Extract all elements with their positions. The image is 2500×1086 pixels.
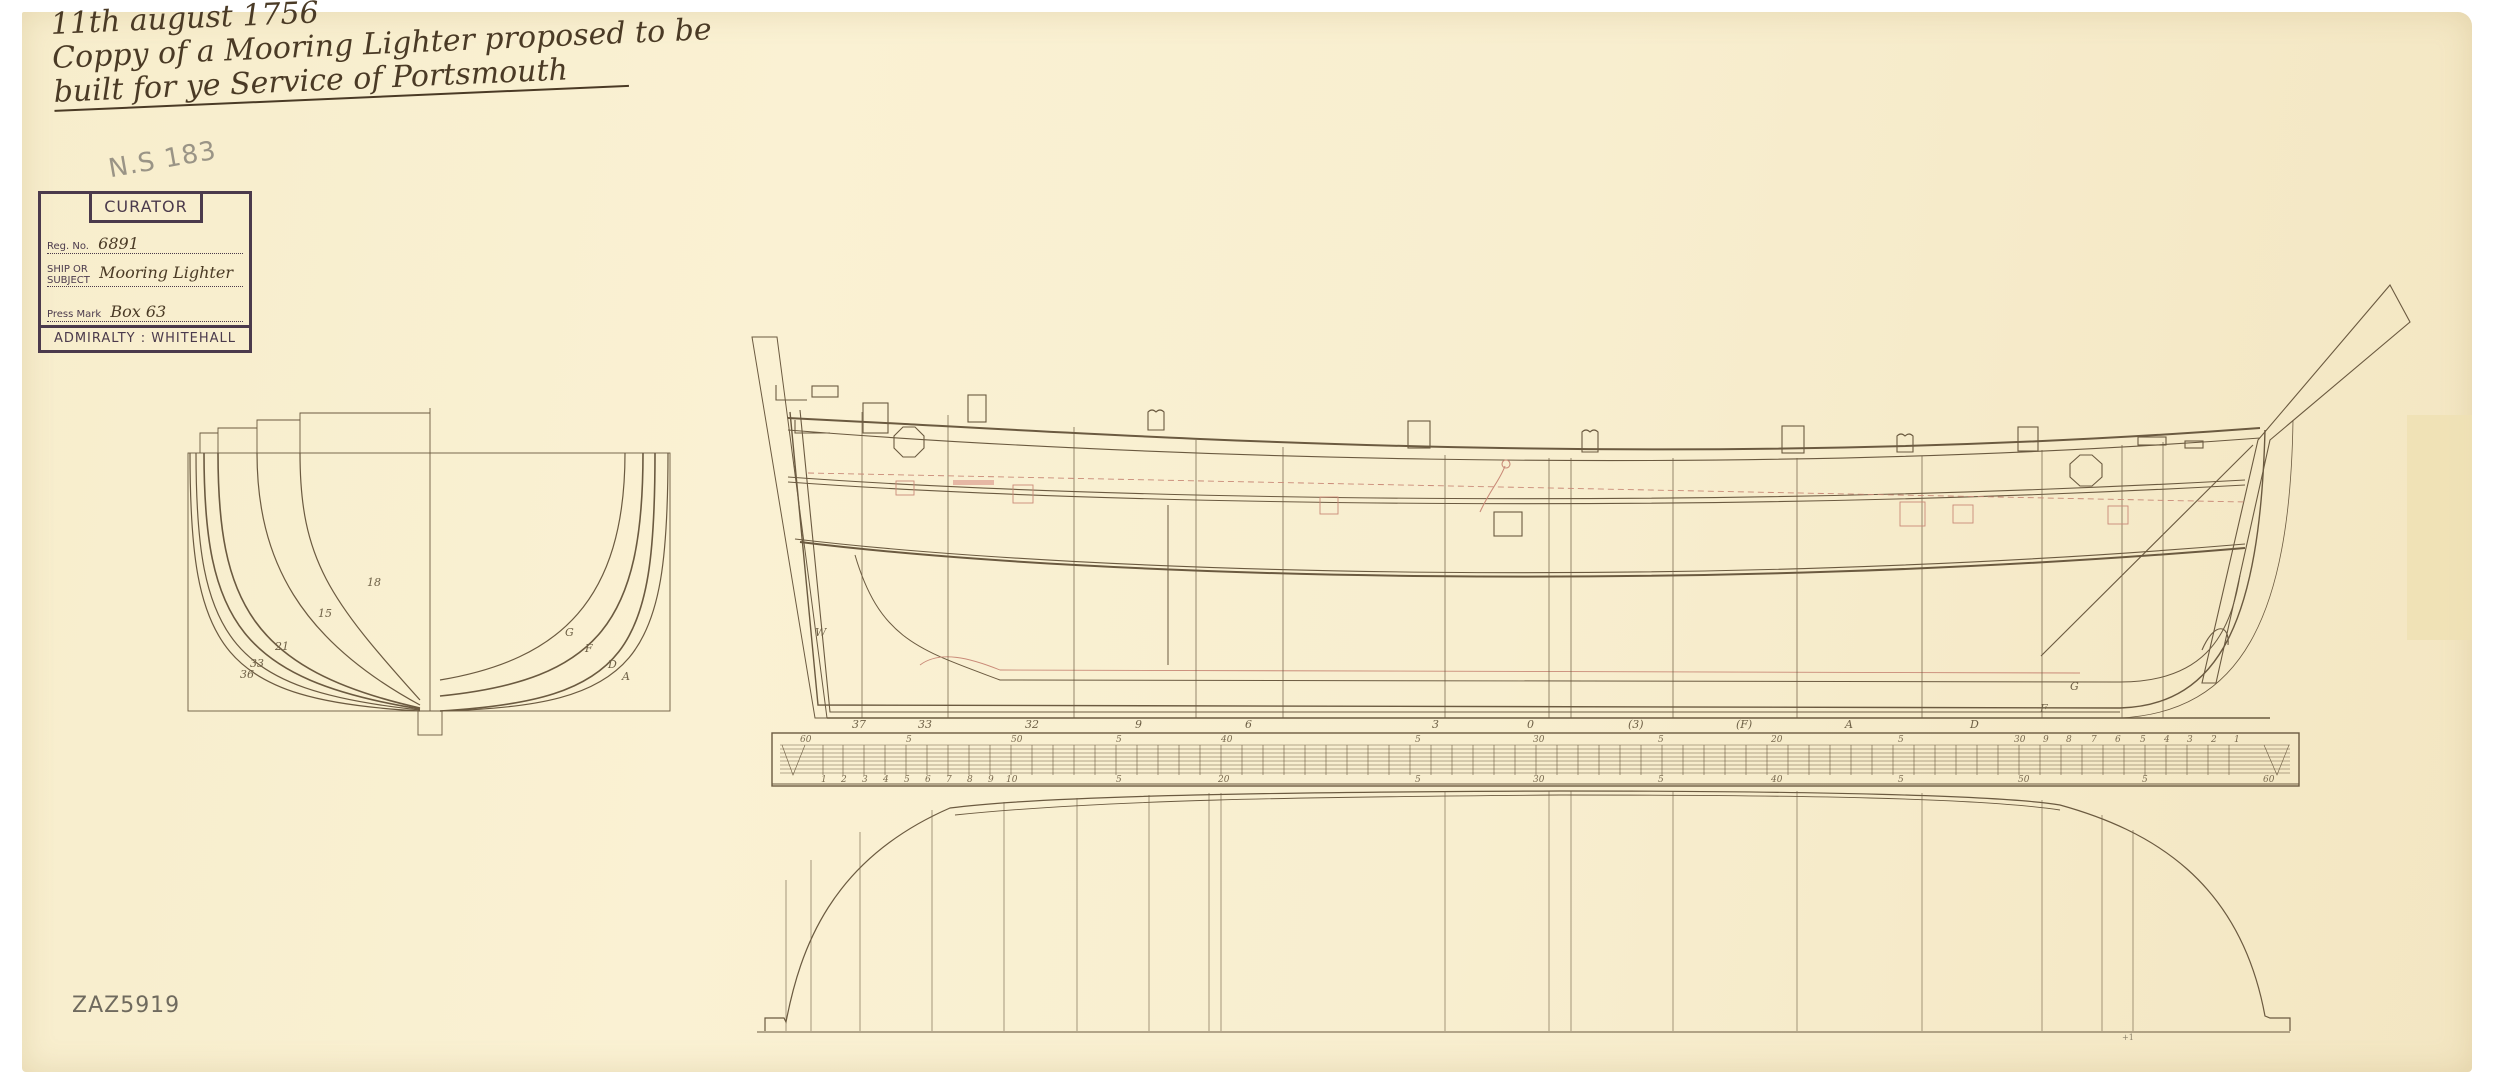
- station-label: A: [1844, 718, 1853, 731]
- scale-tick-label: 60: [2263, 775, 2275, 785]
- scale-tick-label: 40: [1770, 775, 1783, 785]
- scale-tick-label: 9: [2043, 735, 2049, 745]
- bow-label: F: [2039, 702, 2048, 715]
- bow-label: G: [2070, 680, 2079, 693]
- scale-tick-label: 5: [904, 775, 910, 785]
- body-plan-labels: 18 15 21 33 36 G F D A: [240, 576, 630, 683]
- section-label: A: [621, 670, 630, 683]
- scale-tick-label: 5: [1415, 735, 1421, 745]
- scale-tick-label: 20: [1770, 735, 1783, 745]
- scale-tick-label: 8: [967, 775, 973, 785]
- station-label: 6: [1245, 718, 1252, 731]
- scale-tick-label: 50: [2018, 775, 2030, 785]
- section-label: F: [584, 642, 593, 655]
- scale-tick-label: 50: [1011, 735, 1023, 745]
- section-label: G: [565, 626, 574, 639]
- scale-tick-label: 7: [946, 775, 952, 785]
- station-label: D: [1969, 718, 1979, 731]
- scale-tick-label: 30: [1533, 775, 1545, 785]
- scale-tick-label: 5: [2142, 775, 2148, 785]
- section-label: 15: [318, 607, 332, 620]
- body-plan: [188, 408, 670, 735]
- stern-label: W: [815, 626, 828, 639]
- scale-tick-label: 3: [862, 775, 868, 785]
- section-label: 18: [367, 576, 381, 589]
- scale-tick-label: 4: [882, 775, 889, 785]
- station-label: (F): [1736, 718, 1752, 731]
- scale-tick-label: 40: [1220, 735, 1233, 745]
- scale-tick-label: 10: [1006, 775, 1018, 785]
- station-label: 9: [1135, 718, 1142, 731]
- scale-tick-label: 60: [800, 735, 812, 745]
- station-label: 32: [1025, 718, 1039, 731]
- station-label: 37: [852, 718, 866, 731]
- scale-tick-label: 20: [1217, 775, 1230, 785]
- scale-tick-label: 5: [1116, 775, 1122, 785]
- scale-tick-label: 4: [2163, 735, 2170, 745]
- station-label: (3): [1628, 718, 1644, 731]
- station-label: 3: [1432, 718, 1439, 731]
- section-label: 36: [240, 668, 254, 681]
- scale-tick-label: 5: [906, 735, 912, 745]
- scale-tick-label: 1: [821, 775, 827, 785]
- scale-tick-label: 8: [2066, 735, 2072, 745]
- scale-tick-label: 9: [988, 775, 994, 785]
- scale-tick-label: 6: [925, 775, 931, 785]
- sheer-plan: [752, 285, 2410, 718]
- scale-tick-label: 5: [1658, 775, 1664, 785]
- sheer-plan-labels: 37 33 32 9 6 3 0 (3) (F) A D F G W: [815, 626, 2079, 731]
- red-ink-details: [808, 473, 2245, 526]
- scale-tick-label: 5: [1898, 735, 1904, 745]
- scale-tick-label: 7: [2091, 735, 2097, 745]
- scale-tick-label: 2: [840, 775, 847, 785]
- scale-tick-label: 6: [2115, 735, 2121, 745]
- ship-draught: 18 15 21 33 36 G F D A: [0, 0, 2500, 1086]
- half-breadth-plan: [757, 791, 2290, 1032]
- station-label: 0: [1527, 718, 1534, 731]
- scale-tick-label: 30: [1533, 735, 1545, 745]
- scale-tick-label: 5: [1658, 735, 1664, 745]
- section-label: D: [607, 658, 617, 671]
- scale-tick-label: 3: [2187, 735, 2193, 745]
- section-label: 21: [274, 640, 289, 653]
- scale-tick-label: 2: [2210, 735, 2217, 745]
- scale-bar-labels: 60 5 50 5 40 5 30 5 20 5 30 9 8 7 6 5 4 …: [800, 735, 2275, 785]
- scale-tick-label: 1: [2234, 735, 2240, 745]
- scale-tick-label: 5: [1415, 775, 1421, 785]
- scale-tick-label: 5: [1898, 775, 1904, 785]
- station-label: 33: [918, 718, 932, 731]
- scale-tick-label: 5: [1116, 735, 1122, 745]
- scale-tick-label: 30: [2014, 735, 2026, 745]
- scale-tick-label: 5: [2140, 735, 2146, 745]
